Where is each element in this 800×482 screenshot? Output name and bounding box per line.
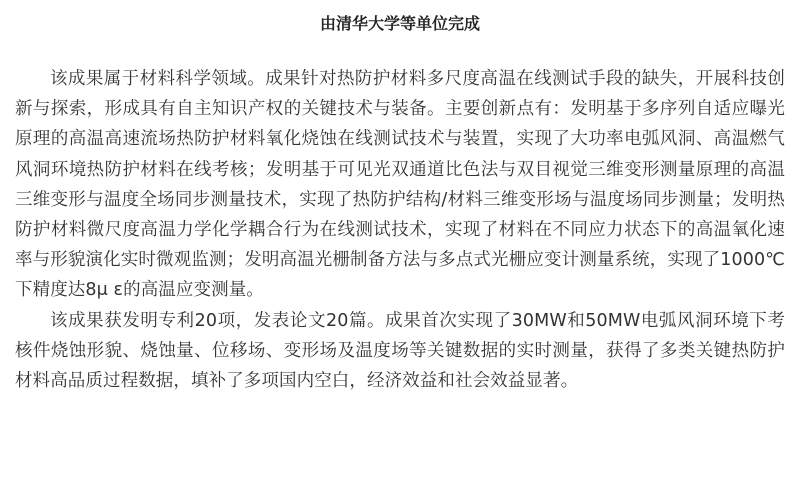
document-body: 该成果属于材料科学领域。成果针对热防护材料多尺度高温在线测试手段的缺失，开展科技… [15, 64, 785, 396]
document-title: 由清华大学等单位完成 [0, 14, 800, 34]
paragraph-innovations: 该成果属于材料科学领域。成果针对热防护材料多尺度高温在线测试手段的缺失，开展科技… [15, 64, 785, 306]
paragraph-achievements: 该成果获发明专利20项，发表论文20篇。成果首次实现了30MW和50MW电弧风洞… [15, 306, 785, 397]
